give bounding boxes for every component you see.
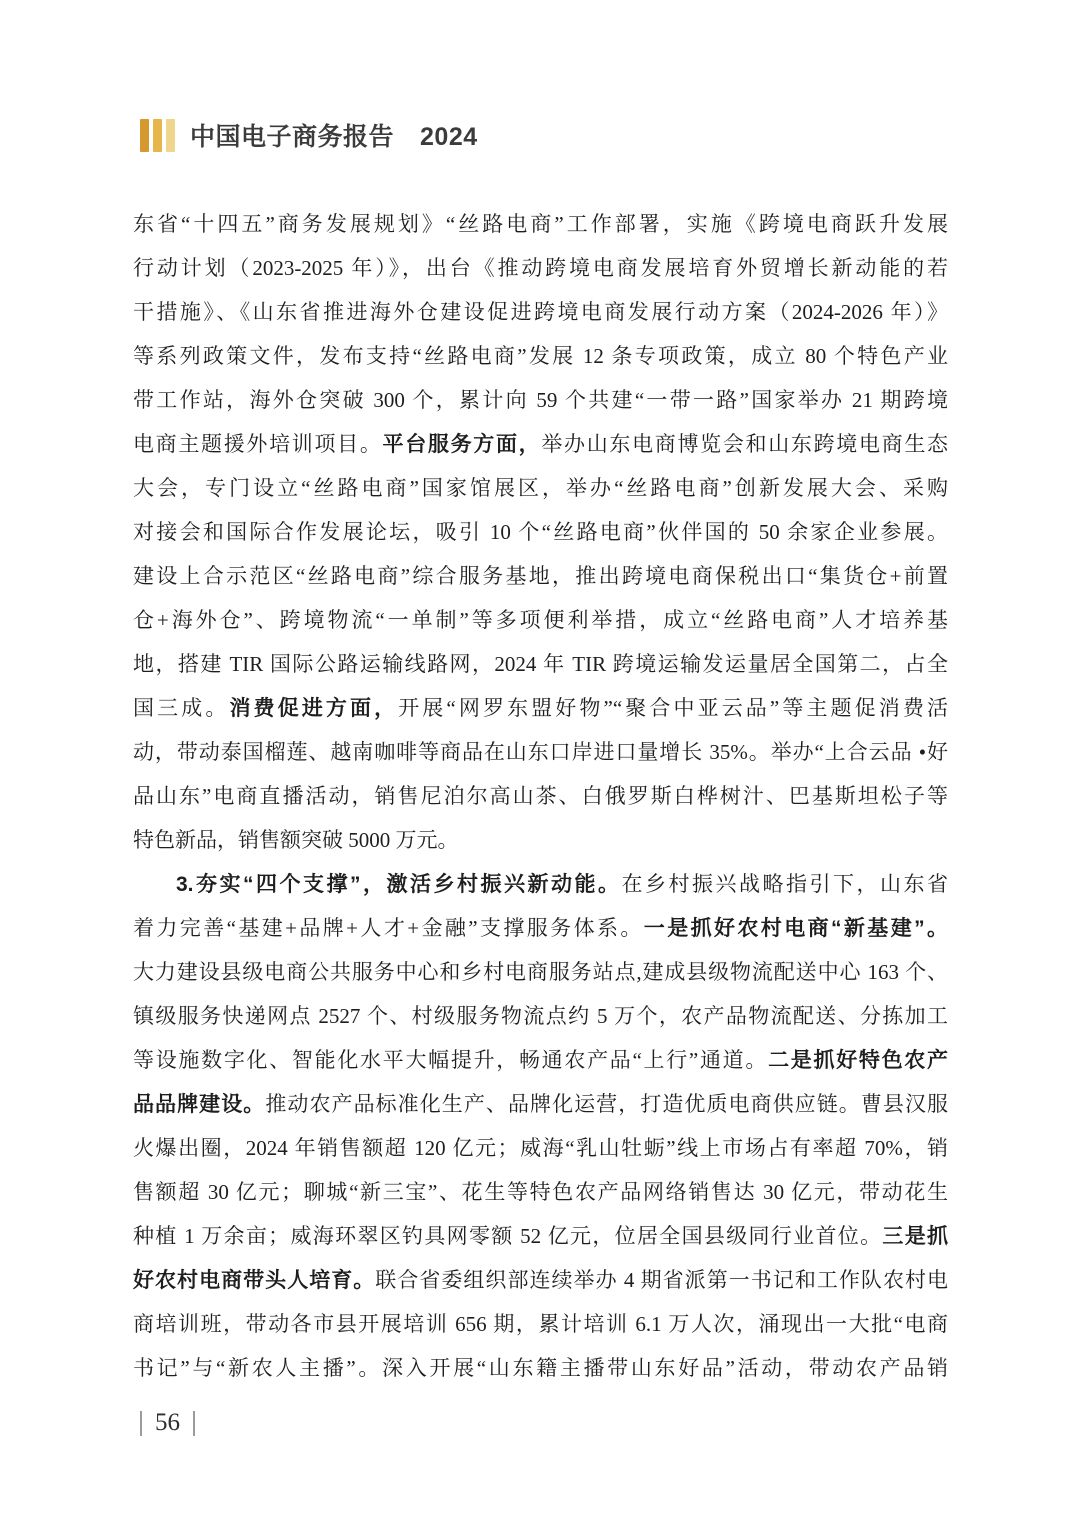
text-run: 商培训班，带动各市县开展培训 656 期，累计培训 6.1 万人次，涌现出一大批… [133, 1312, 948, 1336]
text-line: 售额超 30 亿元；聊城“新三宝”、花生等特色农产品网络销售达 30 亿元，带动… [133, 1170, 948, 1214]
text-run: 建设上合示范区“丝路电商”综合服务基地，推出跨境电商保税出口“集货仓+前置 [133, 564, 948, 588]
bold-text-run: 品品牌建设。 [133, 1093, 265, 1116]
bold-text-run: 平台服务方面， [383, 433, 542, 456]
text-line: 商培训班，带动各市县开展培训 656 期，累计培训 6.1 万人次，涌现出一大批… [133, 1302, 948, 1346]
paragraph: 东省“十四五”商务发展规划》“丝路电商”工作部署，实施《跨境电商跃升发展行动计划… [133, 202, 948, 862]
document-body: 东省“十四五”商务发展规划》“丝路电商”工作部署，实施《跨境电商跃升发展行动计划… [133, 202, 948, 1390]
text-run: 品山东”电商直播活动，销售尼泊尔高山茶、白俄罗斯白桦树汁、巴基斯坦松子等 [133, 784, 948, 808]
text-run: 开展“网罗东盟好物”“聚合中亚云品”等主题促消费活 [398, 696, 948, 720]
footer-separator [193, 1411, 195, 1436]
text-line: 东省“十四五”商务发展规划》“丝路电商”工作部署，实施《跨境电商跃升发展 [133, 202, 948, 246]
text-run: 在乡村振兴战略指引下，山东省 [622, 872, 948, 896]
logo-bar-icon [140, 119, 149, 152]
text-line: 品山东”电商直播活动，销售尼泊尔高山茶、白俄罗斯白桦树汁、巴基斯坦松子等 [133, 774, 948, 818]
logo-bar-icon [166, 119, 175, 152]
bold-text-run: 一是抓好农村电商“新基建”。 [644, 917, 948, 940]
report-title: 中国电子商务报告2024 [190, 117, 478, 153]
text-line: 镇级服务快递网点 2527 个、村级服务物流点约 5 万个，农产品物流配送、分拣… [133, 994, 948, 1038]
text-line: 对接会和国际合作发展论坛，吸引 10 个“丝路电商”伙伴国的 50 余家企业参展… [133, 510, 948, 554]
text-run: 带工作站，海外仓突破 300 个，累计向 59 个共建“一带一路”国家举办 21… [133, 388, 948, 412]
text-line: 干措施》、《山东省推进海外仓建设促进跨境电商发展行动方案（2024-2026 年… [133, 290, 948, 334]
text-line: 3.夯实“四个支撑”，激活乡村振兴新动能。在乡村振兴战略指引下，山东省 [133, 862, 948, 906]
text-line: 国三成。消费促进方面，开展“网罗东盟好物”“聚合中亚云品”等主题促消费活 [133, 686, 948, 730]
text-line: 大会，专门设立“丝路电商”国家馆展区，举办“丝路电商”创新发展大会、采购 [133, 466, 948, 510]
text-line: 大力建设县级电商公共服务中心和乡村电商服务站点,建成县级物流配送中心 163 个… [133, 950, 948, 994]
text-run: 仓+海外仓”、跨境物流“一单制”等多项便利举措，成立“丝路电商”人才培养基 [133, 608, 948, 632]
text-run: 等设施数字化、智能化水平大幅提升，畅通农产品“上行”通道。 [133, 1048, 768, 1072]
report-page: 中国电子商务报告2024 东省“十四五”商务发展规划》“丝路电商”工作部署，实施… [0, 0, 1080, 1528]
text-run: 镇级服务快递网点 2527 个、村级服务物流点约 5 万个，农产品物流配送、分拣… [133, 1004, 948, 1028]
text-run: 大力建设县级电商公共服务中心和乡村电商服务站点,建成县级物流配送中心 163 个… [133, 960, 948, 984]
text-run: 联合省委组织部连续举办 4 期省派第一书记和工作队农村电 [375, 1268, 948, 1292]
text-line: 建设上合示范区“丝路电商”综合服务基地，推出跨境电商保税出口“集货仓+前置 [133, 554, 948, 598]
text-run: 种植 1 万余亩；威海环翠区钓具网零额 52 亿元，位居全国县级同行业首位。 [133, 1224, 882, 1248]
footer-separator [140, 1411, 142, 1436]
text-run: 售额超 30 亿元；聊城“新三宝”、花生等特色农产品网络销售达 30 亿元，带动… [133, 1180, 948, 1204]
bold-text-run: 好农村电商带头人培育。 [133, 1269, 375, 1292]
text-run: 特色新品，销售额突破 5000 万元。 [133, 828, 459, 852]
text-line: 等系列政策文件，发布支持“丝路电商”发展 12 条专项政策，成立 80 个特色产… [133, 334, 948, 378]
logo-bar-icon [153, 119, 162, 152]
report-logo-bars-icon [140, 119, 175, 152]
text-line: 好农村电商带头人培育。联合省委组织部连续举办 4 期省派第一书记和工作队农村电 [133, 1258, 948, 1302]
text-line: 着力完善“基建+品牌+人才+金融”支撑服务体系。一是抓好农村电商“新基建”。 [133, 906, 948, 950]
text-run: 书记”与“新农人主播”。深入开展“山东籍主播带山东好品”活动，带动农产品销 [133, 1356, 948, 1380]
text-line: 书记”与“新农人主播”。深入开展“山东籍主播带山东好品”活动，带动农产品销 [133, 1346, 948, 1390]
text-run: 火爆出圈，2024 年销售额超 120 亿元；威海“乳山牡蛎”线上市场占有率超 … [133, 1136, 948, 1160]
text-line: 行动计划（2023-2025 年）》，出台《推动跨境电商发展培育外贸增长新动能的… [133, 246, 948, 290]
text-run: 推动农产品标准化生产、品牌化运营，打造优质电商供应链。曹县汉服 [265, 1092, 948, 1116]
page-header: 中国电子商务报告2024 [140, 116, 478, 154]
text-line: 动，带动泰国榴莲、越南咖啡等商品在山东口岸进口量增长 35%。举办“上合云品 •… [133, 730, 948, 774]
text-run: 电商主题援外培训项目。 [133, 432, 383, 456]
report-year: 2024 [420, 123, 478, 151]
bold-text-run: 3.夯实“四个支撑”，激活乡村振兴新动能。 [176, 873, 622, 896]
bold-text-run: 消费促进方面， [229, 697, 398, 720]
text-line: 品品牌建设。推动农产品标准化生产、品牌化运营，打造优质电商供应链。曹县汉服 [133, 1082, 948, 1126]
text-line: 带工作站，海外仓突破 300 个，累计向 59 个共建“一带一路”国家举办 21… [133, 378, 948, 422]
page-footer: 56 [140, 1409, 195, 1437]
bold-text-run: 二是抓好特色农产 [768, 1049, 948, 1072]
paragraph: 3.夯实“四个支撑”，激活乡村振兴新动能。在乡村振兴战略指引下，山东省着力完善“… [133, 862, 948, 1390]
text-line: 种植 1 万余亩；威海环翠区钓具网零额 52 亿元，位居全国县级同行业首位。三是… [133, 1214, 948, 1258]
text-line: 电商主题援外培训项目。平台服务方面，举办山东电商博览会和山东跨境电商生态 [133, 422, 948, 466]
text-run: 国三成。 [133, 696, 229, 720]
text-run: 动，带动泰国榴莲、越南咖啡等商品在山东口岸进口量增长 35%。举办“上合云品 •… [133, 740, 948, 764]
text-run: 行动计划（2023-2025 年）》，出台《推动跨境电商发展培育外贸增长新动能的… [133, 256, 948, 280]
text-run: 大会，专门设立“丝路电商”国家馆展区，举办“丝路电商”创新发展大会、采购 [133, 476, 948, 500]
report-title-text: 中国电子商务报告 [190, 123, 394, 151]
text-line: 仓+海外仓”、跨境物流“一单制”等多项便利举措，成立“丝路电商”人才培养基 [133, 598, 948, 642]
text-line: 等设施数字化、智能化水平大幅提升，畅通农产品“上行”通道。二是抓好特色农产 [133, 1038, 948, 1082]
text-line: 特色新品，销售额突破 5000 万元。 [133, 818, 948, 862]
page-number: 56 [155, 1409, 180, 1437]
bold-text-run: 三是抓 [882, 1225, 948, 1248]
text-run: 干措施》、《山东省推进海外仓建设促进跨境电商发展行动方案（2024-2026 年… [133, 300, 948, 324]
text-run: 等系列政策文件，发布支持“丝路电商”发展 12 条专项政策，成立 80 个特色产… [133, 344, 948, 368]
text-line: 火爆出圈，2024 年销售额超 120 亿元；威海“乳山牡蛎”线上市场占有率超 … [133, 1126, 948, 1170]
text-run: 东省“十四五”商务发展规划》“丝路电商”工作部署，实施《跨境电商跃升发展 [133, 212, 948, 236]
text-run: 对接会和国际合作发展论坛，吸引 10 个“丝路电商”伙伴国的 50 余家企业参展… [133, 520, 948, 544]
text-run: 地，搭建 TIR 国际公路运输线路网，2024 年 TIR 跨境运输发运量居全国… [133, 652, 948, 676]
text-run: 着力完善“基建+品牌+人才+金融”支撑服务体系。 [133, 916, 644, 940]
text-run: 举办山东电商博览会和山东跨境电商生态 [541, 432, 948, 456]
text-line: 地，搭建 TIR 国际公路运输线路网，2024 年 TIR 跨境运输发运量居全国… [133, 642, 948, 686]
